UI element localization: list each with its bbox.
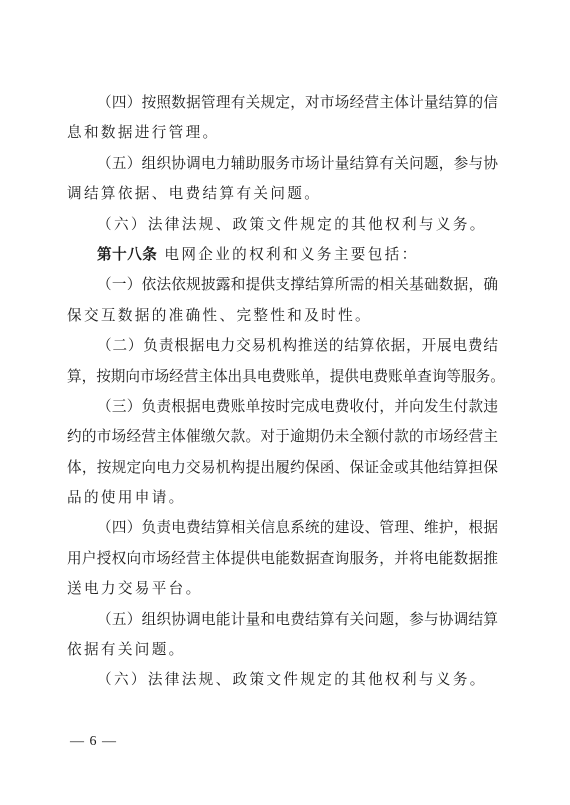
item-2-line-1: （二）负责根据电力交易机构推送的结算依据，开展电费结 bbox=[67, 331, 498, 361]
paragraph-line: （五）组织协调电力辅助服务市场计量结算有关问题，参与协 bbox=[67, 149, 498, 179]
page-number: — 6 — bbox=[70, 734, 117, 750]
article-intro: 电网企业的权利和义务主要包括： bbox=[164, 246, 418, 263]
paragraph-line: 息和数据进行管理。 bbox=[67, 118, 498, 148]
article-number: 第十八条 bbox=[97, 246, 157, 263]
item-3-line-3: 体，按规定向电力交易机构提出履约保函、保证金或其他结算担保 bbox=[67, 453, 498, 483]
item-1-line-1: （一）依法依规披露和提供支撑结算所需的相关基础数据，确 bbox=[67, 270, 498, 300]
item-4-line-1: （四）负责电费结算相关信息系统的建设、管理、维护，根据 bbox=[67, 513, 498, 543]
item-5-line-1: （五）组织协调电能计量和电费结算有关问题，参与协调结算 bbox=[67, 605, 498, 635]
item-2-line-2: 算，按期向市场经营主体出具电费账单，提供电费账单查询等服务。 bbox=[67, 362, 498, 392]
item-3-line-1: （三）负责根据电费账单按时完成电费收付，并向发生付款违 bbox=[67, 392, 498, 422]
article-heading-line: 第十八条 电网企业的权利和义务主要包括： bbox=[67, 240, 498, 270]
item-6-line-1: （六）法律法规、政策文件规定的其他权利与义务。 bbox=[67, 665, 498, 695]
item-3-line-2: 约的市场经营主体催缴欠款。对于逾期仍未全额付款的市场经营主 bbox=[67, 422, 498, 452]
paragraph-line: 调结算依据、电费结算有关问题。 bbox=[67, 179, 498, 209]
document-page: （四）按照数据管理有关规定，对市场经营主体计量结算的信 息和数据进行管理。 （五… bbox=[0, 0, 570, 805]
document-body: （四）按照数据管理有关规定，对市场经营主体计量结算的信 息和数据进行管理。 （五… bbox=[67, 88, 498, 696]
item-4-line-2: 用户授权向市场经营主体提供电能数据查询服务，并将电能数据推 bbox=[67, 544, 498, 574]
item-4-line-3: 送电力交易平台。 bbox=[67, 574, 498, 604]
paragraph-line: （六）法律法规、政策文件规定的其他权利与义务。 bbox=[67, 210, 498, 240]
paragraph-line: （四）按照数据管理有关规定，对市场经营主体计量结算的信 bbox=[67, 88, 498, 118]
item-3-line-4: 品的使用申请。 bbox=[67, 483, 498, 513]
item-5-line-2: 依据有关问题。 bbox=[67, 635, 498, 665]
item-1-line-2: 保交互数据的准确性、完整性和及时性。 bbox=[67, 301, 498, 331]
